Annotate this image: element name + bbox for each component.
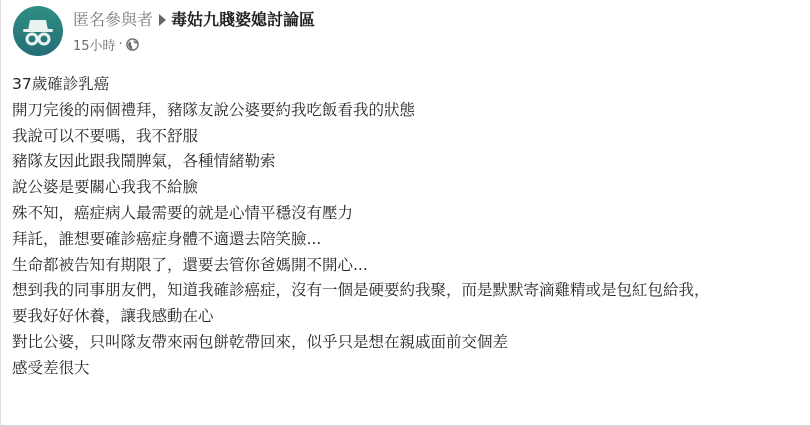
post-title-row: 匿名參與者 毒姑九賤婆媳討論區 <box>73 9 315 31</box>
post-body: 37歲確診乳癌 開刀完後的兩個禮拜，豬隊友說公婆要約我吃飯看我的狀態 我說可以不… <box>12 72 810 382</box>
post-line: 豬隊友因此跟我鬧脾氣，各種情緒勒索 <box>12 149 810 175</box>
post-header: 匿名參與者 毒姑九賤婆媳討論區 15小時 · <box>13 6 315 56</box>
post-line: 殊不知，癌症病人最需要的就是心情平穩沒有壓力 <box>12 201 810 227</box>
facebook-post: 匿名參與者 毒姑九賤婆媳討論區 15小時 · 37歲確診乳癌 開刀完後的兩個禮拜… <box>0 0 810 427</box>
post-line: 我說可以不要嗎，我不舒服 <box>12 124 810 150</box>
post-line: 生命都被告知有期限了，還要去管你爸媽開不開心... <box>12 253 810 279</box>
post-line: 對比公婆，只叫隊友帶來兩包餅乾帶回來，似乎只是想在親戚面前交個差 <box>12 330 810 356</box>
post-timestamp[interactable]: 15小時 <box>73 35 116 54</box>
separator-dot: · <box>119 37 123 52</box>
post-subtitle-row: 15小時 · <box>73 35 315 53</box>
group-name[interactable]: 毒姑九賤婆媳討論區 <box>171 9 315 31</box>
post-line: 想到我的同事朋友們，知道我確診癌症，沒有一個是硬要約我聚，而是默默寄滴雞精或是包… <box>12 278 810 304</box>
triangle-right-icon <box>159 14 166 26</box>
post-line: 拜託，誰想要確診癌症身體不適還去陪笑臉... <box>12 227 810 253</box>
author-name[interactable]: 匿名參與者 <box>73 9 153 31</box>
post-line: 感受差很大 <box>12 356 810 382</box>
incognito-icon <box>13 6 63 56</box>
post-line: 要我好好休養，讓我感動在心 <box>12 304 810 330</box>
post-meta: 匿名參與者 毒姑九賤婆媳討論區 15小時 · <box>73 9 315 53</box>
globe-icon <box>126 38 139 51</box>
post-line: 開刀完後的兩個禮拜，豬隊友說公婆要約我吃飯看我的狀態 <box>12 98 810 124</box>
avatar[interactable] <box>13 6 63 56</box>
post-line: 說公婆是要關心我我不給臉 <box>12 175 810 201</box>
post-line: 37歲確診乳癌 <box>12 72 810 98</box>
